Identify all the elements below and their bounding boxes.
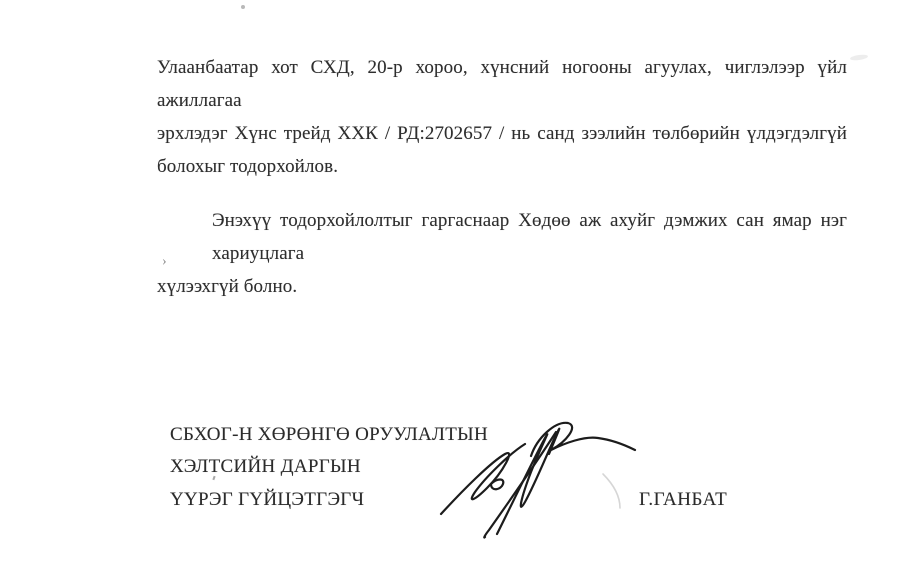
scan-smudge bbox=[850, 54, 869, 61]
signer-name: Г.ГАНБАТ bbox=[639, 489, 727, 511]
paragraph-line: эрхлэдэг Хүнс трейд ХХК / РД:2702657 / н… bbox=[157, 117, 847, 150]
paragraph-certification: Улаанбаатар хот СХД, 20-р хороо, хүнсний… bbox=[157, 51, 847, 183]
handwritten-signature-icon bbox=[425, 392, 665, 557]
paragraph-disclaimer: Энэхүү тодорхойлолтыг гаргаснаар Хөдөө а… bbox=[157, 204, 847, 303]
scanned-document-page: Улаанбаатар хот СХД, 20-р хороо, хүнсний… bbox=[0, 0, 900, 568]
scan-artifact-chevron: › bbox=[162, 254, 167, 270]
scan-speck bbox=[241, 5, 245, 9]
faint-pen-arc bbox=[603, 474, 620, 508]
paragraph-line: хүлээхгүй болно. bbox=[157, 270, 847, 303]
paragraph-line: болохыг тодорхойлов. bbox=[157, 150, 847, 183]
paragraph-line: Улаанбаатар хот СХД, 20-р хороо, хүнсний… bbox=[157, 51, 847, 117]
paragraph-line: Энэхүү тодорхойлолтыг гаргаснаар Хөдөө а… bbox=[157, 204, 847, 270]
